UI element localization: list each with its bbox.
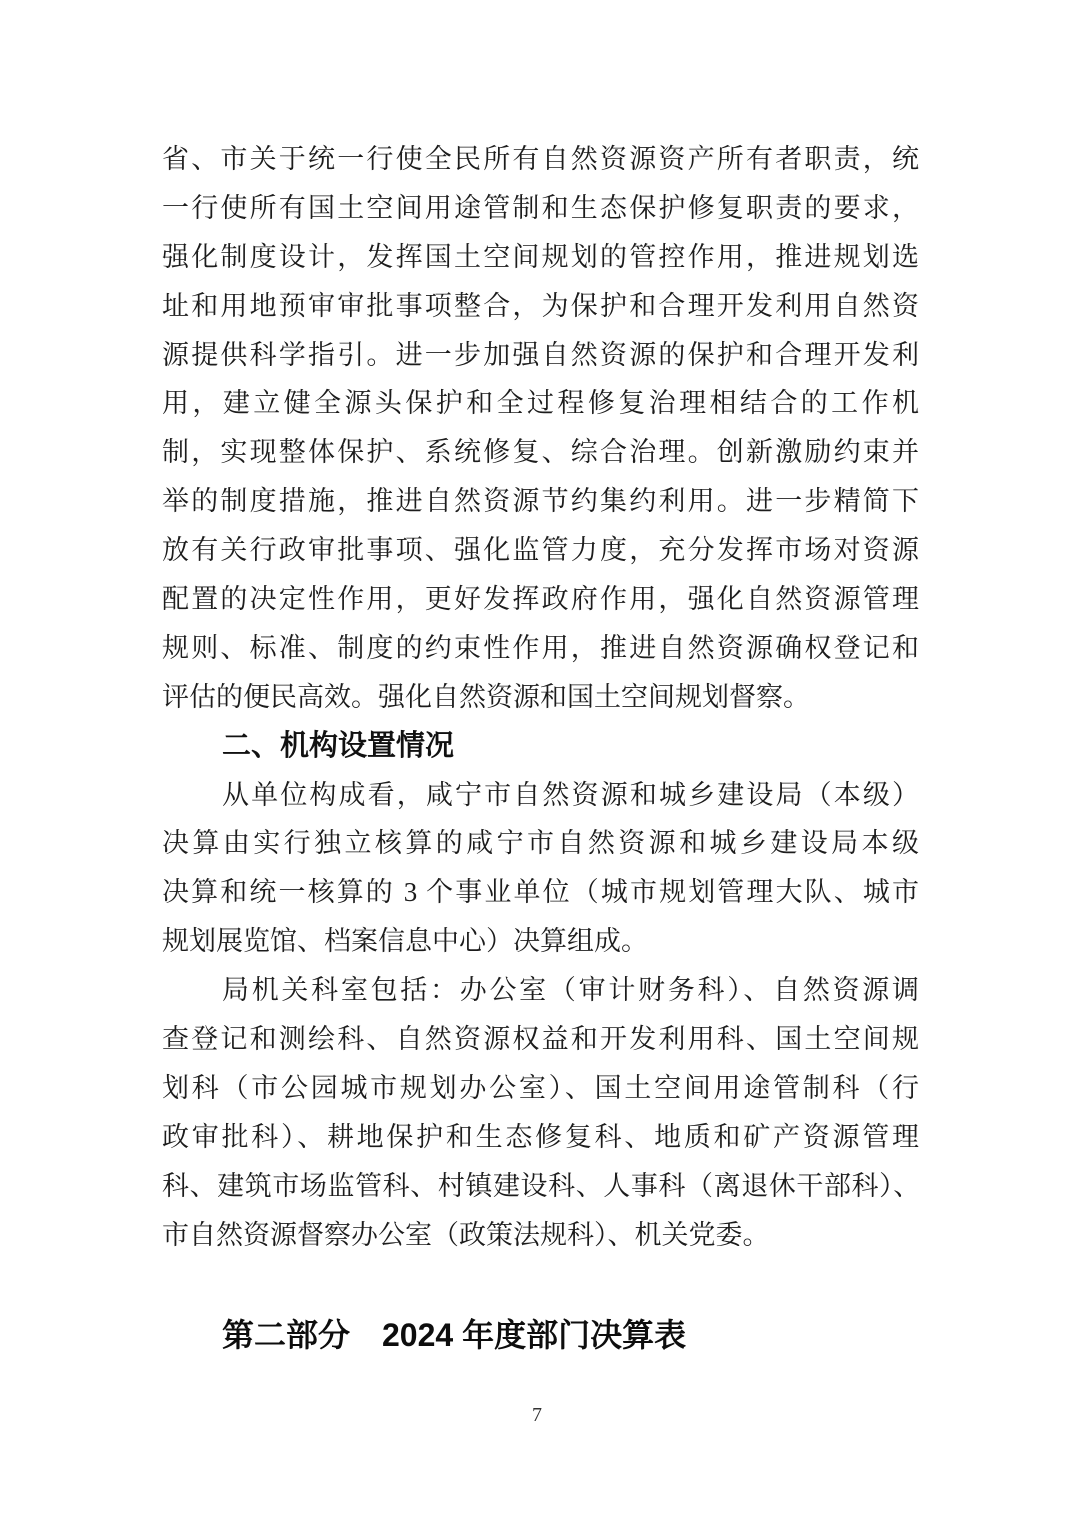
- text-line: 划科（市公园城市规划办公室）、国土空间用途管制科（行: [162, 1064, 919, 1113]
- text-line: 查登记和测绘科、自然资源权益和开发利用科、国土空间规: [162, 1015, 919, 1064]
- text-line: 局机关科室包括：办公室（审计财务科）、自然资源调: [162, 966, 919, 1015]
- text-line: 制，实现整体保护、系统修复、综合治理。创新激励约束并: [162, 428, 919, 477]
- text-line: 址和用地预审审批事项整合，为保护和合理开发利用自然资: [162, 282, 919, 331]
- text-line: 市自然资源督察办公室（政策法规科）、机关党委。: [162, 1211, 919, 1260]
- text-line: 从单位构成看，咸宁市自然资源和城乡建设局（本级）: [162, 771, 919, 820]
- text-line: 决算由实行独立核算的咸宁市自然资源和城乡建设局本级: [162, 819, 919, 868]
- subsection-heading-org-setup: 二、机构设置情况: [162, 722, 919, 771]
- paragraph-duties: 省、市关于统一行使全民所有自然资源资产所有者职责，统 一行使所有国土空间用途管制…: [162, 135, 919, 722]
- text-line: 用，建立健全源头保护和全过程修复治理相结合的工作机: [162, 379, 919, 428]
- text-line: 科、建筑市场监管科、村镇建设科、人事科（离退休干部科）、: [162, 1162, 919, 1211]
- page-number: 7: [0, 1404, 1074, 1427]
- document-page: 省、市关于统一行使全民所有自然资源资产所有者职责，统 一行使所有国土空间用途管制…: [0, 0, 1074, 1520]
- text-line: 决算和统一核算的 3 个事业单位（城市规划管理大队、城市: [162, 868, 919, 917]
- paragraph-departments: 局机关科室包括：办公室（审计财务科）、自然资源调 查登记和测绘科、自然资源权益和…: [162, 966, 919, 1259]
- text-line: 源提供科学指引。进一步加强自然资源的保护和合理开发利: [162, 331, 919, 380]
- text-line: 评估的便民高效。强化自然资源和国土空间规划督察。: [162, 673, 919, 722]
- text-line: 放有关行政审批事项、强化监管力度，充分发挥市场对资源: [162, 526, 919, 575]
- text-line: 省、市关于统一行使全民所有自然资源资产所有者职责，统: [162, 135, 919, 184]
- body-text-block: 省、市关于统一行使全民所有自然资源资产所有者职责，统 一行使所有国土空间用途管制…: [162, 135, 919, 1259]
- text-line: 政审批科）、耕地保护和生态修复科、地质和矿产资源管理: [162, 1113, 919, 1162]
- text-line: 举的制度措施，推进自然资源节约集约利用。进一步精简下: [162, 477, 919, 526]
- text-line: 强化制度设计，发挥国土空间规划的管控作用，推进规划选: [162, 233, 919, 282]
- text-line: 规划展览馆、档案信息中心）决算组成。: [162, 917, 919, 966]
- part-two-heading: 第二部分 2024 年度部门决算表: [222, 1310, 686, 1360]
- text-line: 一行使所有国土空间用途管制和生态保护修复职责的要求，: [162, 184, 919, 233]
- text-line: 规则、标准、制度的约束性作用，推进自然资源确权登记和: [162, 624, 919, 673]
- paragraph-unit-composition: 从单位构成看，咸宁市自然资源和城乡建设局（本级） 决算由实行独立核算的咸宁市自然…: [162, 771, 919, 967]
- text-line: 配置的决定性作用，更好发挥政府作用，强化自然资源管理: [162, 575, 919, 624]
